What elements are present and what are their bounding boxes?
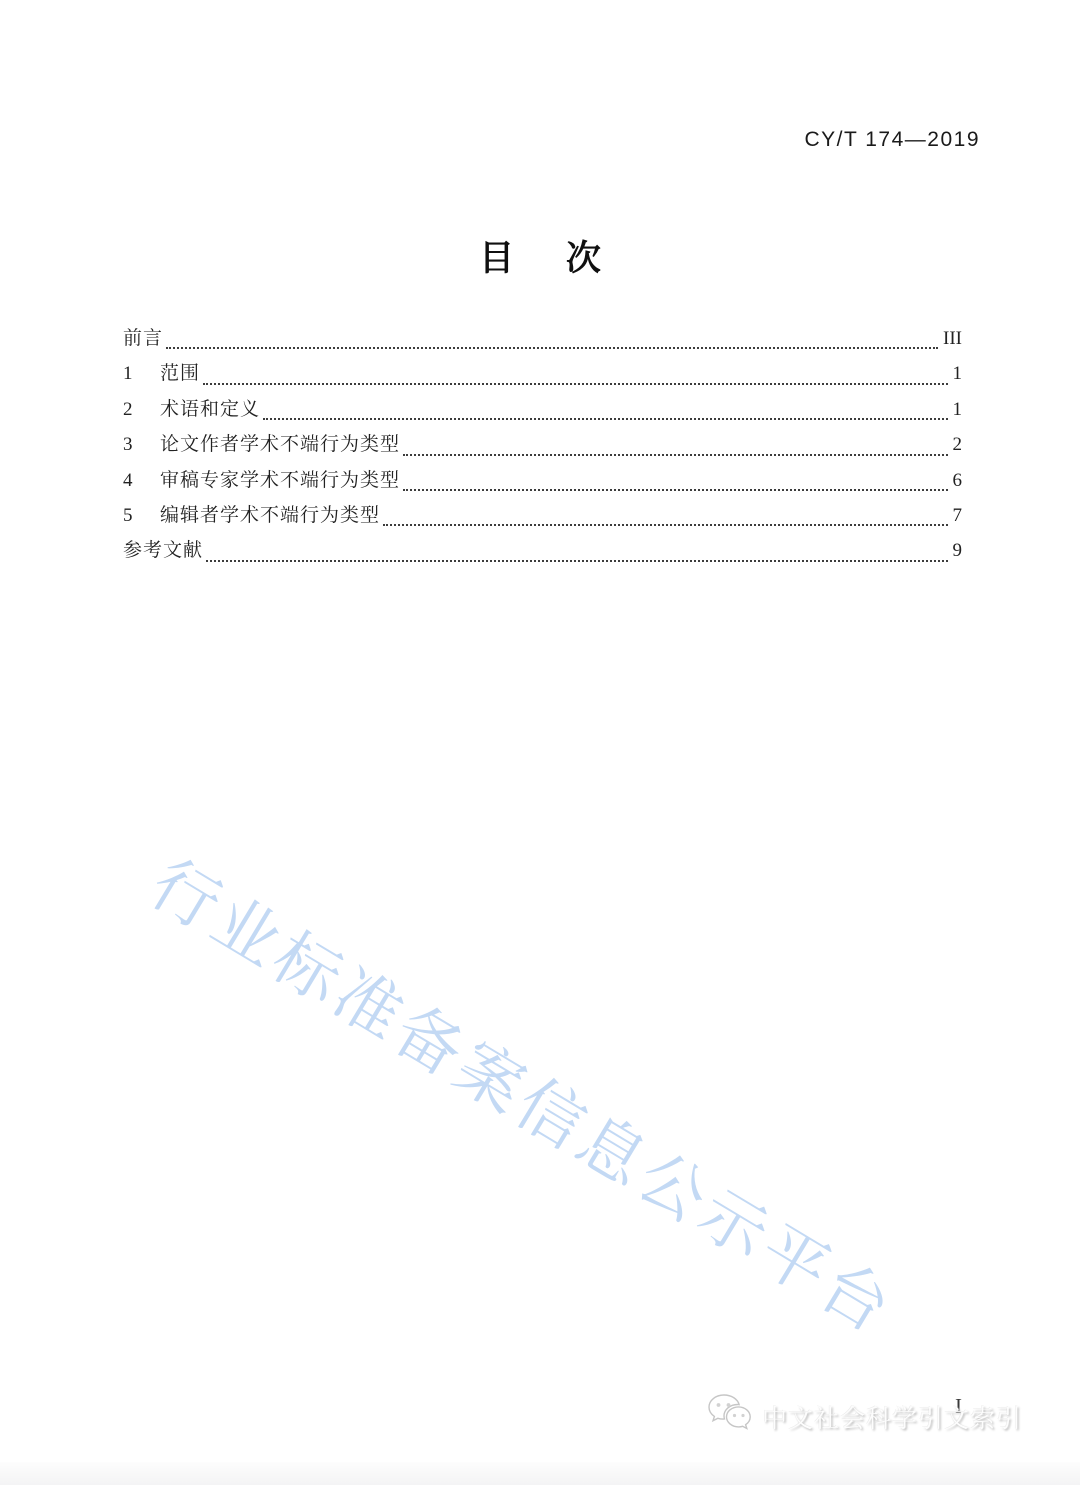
toc-leader-dots [263,418,947,420]
toc-entry-page: 7 [951,505,963,527]
toc-leader-dots [206,560,947,562]
wechat-icon [706,1392,754,1441]
toc-entry-page: 6 [951,470,963,492]
toc-row: 4 审稿专家学术不端行为类型 6 [123,465,962,500]
document-page: CY/T 174—2019 目 次 前言 III 1 范围 1 2 术语和定义 … [0,0,1080,1485]
toc-entry-number: 1 [123,363,160,385]
scan-edge-strip [0,1462,1080,1485]
toc-entry-label: 编辑者学术不端行为类型 [160,500,380,527]
toc-entry-page: 1 [951,363,963,385]
toc-row: 参考文献 9 [123,535,962,570]
toc-entry-page: 1 [951,399,963,421]
toc-row: 5 编辑者学术不端行为类型 7 [123,500,962,535]
toc-entry-label: 范围 [160,358,200,385]
toc-leader-dots [403,454,947,456]
toc-leader-dots [166,347,938,349]
toc-entry-label: 审稿专家学术不端行为类型 [160,465,400,492]
toc-row: 2 术语和定义 1 [123,394,962,429]
page-title: 目 次 [0,231,1080,281]
toc-entry-label: 论文作者学术不端行为类型 [160,429,400,456]
toc-entry-page: III [941,328,962,350]
toc-entry-page: 9 [951,540,963,562]
diagonal-watermark: 行业标准备案信息公示平台 [136,832,915,1352]
toc-row: 3 论文作者学术不端行为类型 2 [123,429,962,464]
toc-leader-dots [403,489,947,491]
toc-leader-dots [203,383,947,385]
toc-entry-label: 术语和定义 [160,394,260,421]
toc-entry-number: 5 [123,505,160,527]
brand-watermark: 中文社会科学引文索引 [706,1392,1022,1441]
toc-entry-label: 参考文献 [123,535,203,562]
toc-entry-number: 2 [123,399,160,421]
brand-watermark-text: 中文社会科学引文索引 [762,1399,1022,1435]
toc-row: 1 范围 1 [123,358,962,393]
table-of-contents: 前言 III 1 范围 1 2 术语和定义 1 3 论文作者学术不端行为类型 2… [123,323,962,571]
toc-entry-page: 2 [951,434,963,456]
toc-entry-number: 3 [123,434,160,456]
toc-entry-number: 4 [123,470,160,492]
standard-code: CY/T 174—2019 [804,128,980,152]
toc-entry-label: 前言 [123,323,163,350]
toc-row: 前言 III [123,323,962,358]
toc-leader-dots [383,524,947,526]
